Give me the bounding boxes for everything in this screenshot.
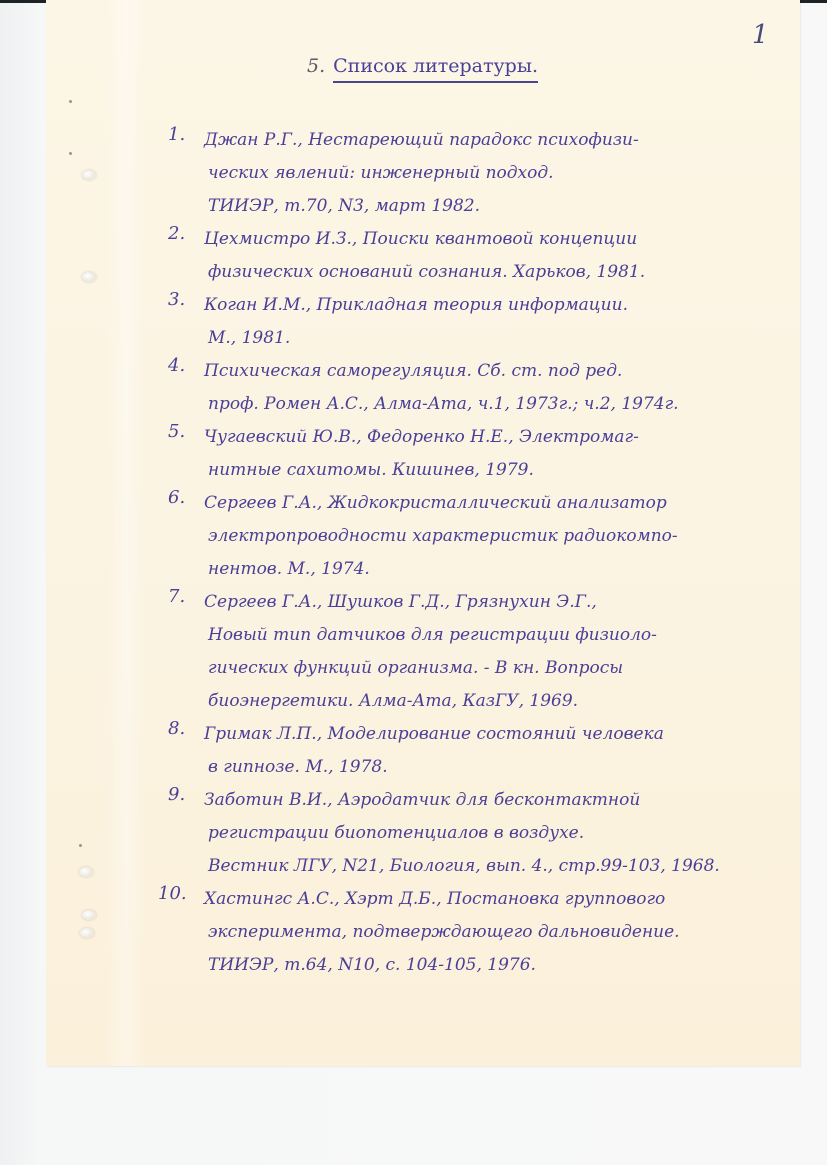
reference-text-line: в гипнозе. М., 1978. bbox=[208, 751, 788, 784]
paper-speck bbox=[79, 844, 82, 847]
scanner-lid-edge bbox=[0, 0, 52, 3]
reference-item-5: 5. Чугаевский Ю.В., Федоренко Н.Е., Элек… bbox=[168, 421, 788, 487]
reference-item-3: 3. Коган И.М., Прикладная теория информа… bbox=[168, 289, 788, 355]
paper-speck bbox=[69, 152, 72, 155]
reference-text-line: Сергеев Г.А., Жидкокристаллический анали… bbox=[204, 487, 788, 520]
reference-text-line: биоэнергетики. Алма-Ата, КазГУ, 1969. bbox=[208, 685, 788, 718]
reference-item-7: 7. Сергеев Г.А., Шушков Г.Д., Грязнухин … bbox=[168, 586, 788, 718]
reference-text-line: Психическая саморегуляция. Сб. ст. под р… bbox=[204, 355, 788, 388]
reference-text-line: Вестник ЛГУ, N21, Биология, вып. 4., стр… bbox=[208, 850, 788, 883]
binding-hole-mark bbox=[82, 170, 96, 180]
scanner-lid-edge-right bbox=[800, 0, 827, 3]
reference-number: 1. bbox=[168, 124, 185, 145]
binding-hole-mark bbox=[82, 272, 96, 282]
reference-number: 8. bbox=[168, 718, 185, 739]
reference-number: 3. bbox=[168, 289, 185, 310]
reference-item-2: 2. Цехмистро И.З., Поиски квантовой конц… bbox=[168, 223, 788, 289]
reference-text-line: Новый тип датчиков для регистрации физио… bbox=[208, 619, 788, 652]
reference-text-line: ческих явлений: инженерный подход. bbox=[208, 157, 788, 190]
binding-hole-mark bbox=[82, 910, 96, 920]
reference-text-line: нентов. М., 1974. bbox=[208, 553, 788, 586]
reference-number: 2. bbox=[168, 223, 185, 244]
binding-hole-mark bbox=[80, 928, 94, 938]
paper-fold-shading bbox=[106, 0, 146, 1066]
reference-text-line: Заботин В.И., Аэродатчик для бесконтактн… bbox=[204, 784, 788, 817]
reference-number: 10. bbox=[158, 883, 187, 904]
reference-text-line: М., 1981. bbox=[208, 322, 788, 355]
reference-number: 4. bbox=[168, 355, 185, 376]
reference-number: 6. bbox=[168, 487, 185, 508]
reference-text-line: гических функций организма. - В кн. Вопр… bbox=[208, 652, 788, 685]
page-number: 1 bbox=[752, 20, 769, 50]
reference-text-line: эксперимента, подтверждающего дальновиде… bbox=[208, 916, 788, 949]
reference-text-line: Сергеев Г.А., Шушков Г.Д., Грязнухин Э.Г… bbox=[204, 586, 788, 619]
reference-text-line: Джан Р.Г., Нестареющий парадокс психофиз… bbox=[204, 124, 788, 157]
reference-item-6: 6. Сергеев Г.А., Жидкокристаллический ан… bbox=[168, 487, 788, 586]
reference-text-line: Гримак Л.П., Моделирование состояний чел… bbox=[204, 718, 788, 751]
reference-text-line: регистрации биопотенциалов в воздухе. bbox=[208, 817, 788, 850]
paper-speck bbox=[69, 100, 72, 103]
section-number: 5. bbox=[307, 55, 325, 77]
reference-text-line: Чугаевский Ю.В., Федоренко Н.Е., Электро… bbox=[204, 421, 788, 454]
reference-text-line: физических оснований сознания. Харьков, … bbox=[208, 256, 788, 289]
reference-text-line: Цехмистро И.З., Поиски квантовой концепц… bbox=[204, 223, 788, 256]
reference-number: 7. bbox=[168, 586, 185, 607]
reference-text-line: ТИИЭР, т.70, N3, март 1982. bbox=[208, 190, 788, 223]
reference-text-line: электропроводности характеристик радиоко… bbox=[208, 520, 788, 553]
reference-list: 1. Джан Р.Г., Нестареющий парадокс психо… bbox=[168, 124, 788, 982]
reference-text-line: ТИИЭР, т.64, N10, с. 104-105, 1976. bbox=[208, 949, 788, 982]
reference-text-line: проф. Ромен А.С., Алма-Ата, ч.1, 1973г.;… bbox=[208, 388, 788, 421]
reference-text-line: Хастингс А.С., Хэрт Д.Б., Постановка гру… bbox=[204, 883, 788, 916]
reference-item-4: 4. Психическая саморегуляция. Сб. ст. по… bbox=[168, 355, 788, 421]
reference-item-10: 10. Хастингс А.С., Хэрт Д.Б., Постановка… bbox=[168, 883, 788, 982]
reference-item-1: 1. Джан Р.Г., Нестареющий парадокс психо… bbox=[168, 124, 788, 223]
reference-number: 5. bbox=[168, 421, 185, 442]
reference-item-9: 9. Заботин В.И., Аэродатчик для бесконта… bbox=[168, 784, 788, 883]
section-title: Список литературы. bbox=[333, 55, 538, 83]
reference-item-8: 8. Гримак Л.П., Моделирование состояний … bbox=[168, 718, 788, 784]
section-heading: 5.Список литературы. bbox=[307, 55, 538, 77]
binding-hole-mark bbox=[79, 867, 93, 877]
reference-number: 9. bbox=[168, 784, 185, 805]
reference-text-line: Коган И.М., Прикладная теория информации… bbox=[204, 289, 788, 322]
reference-text-line: нитные сахитомы. Кишинев, 1979. bbox=[208, 454, 788, 487]
